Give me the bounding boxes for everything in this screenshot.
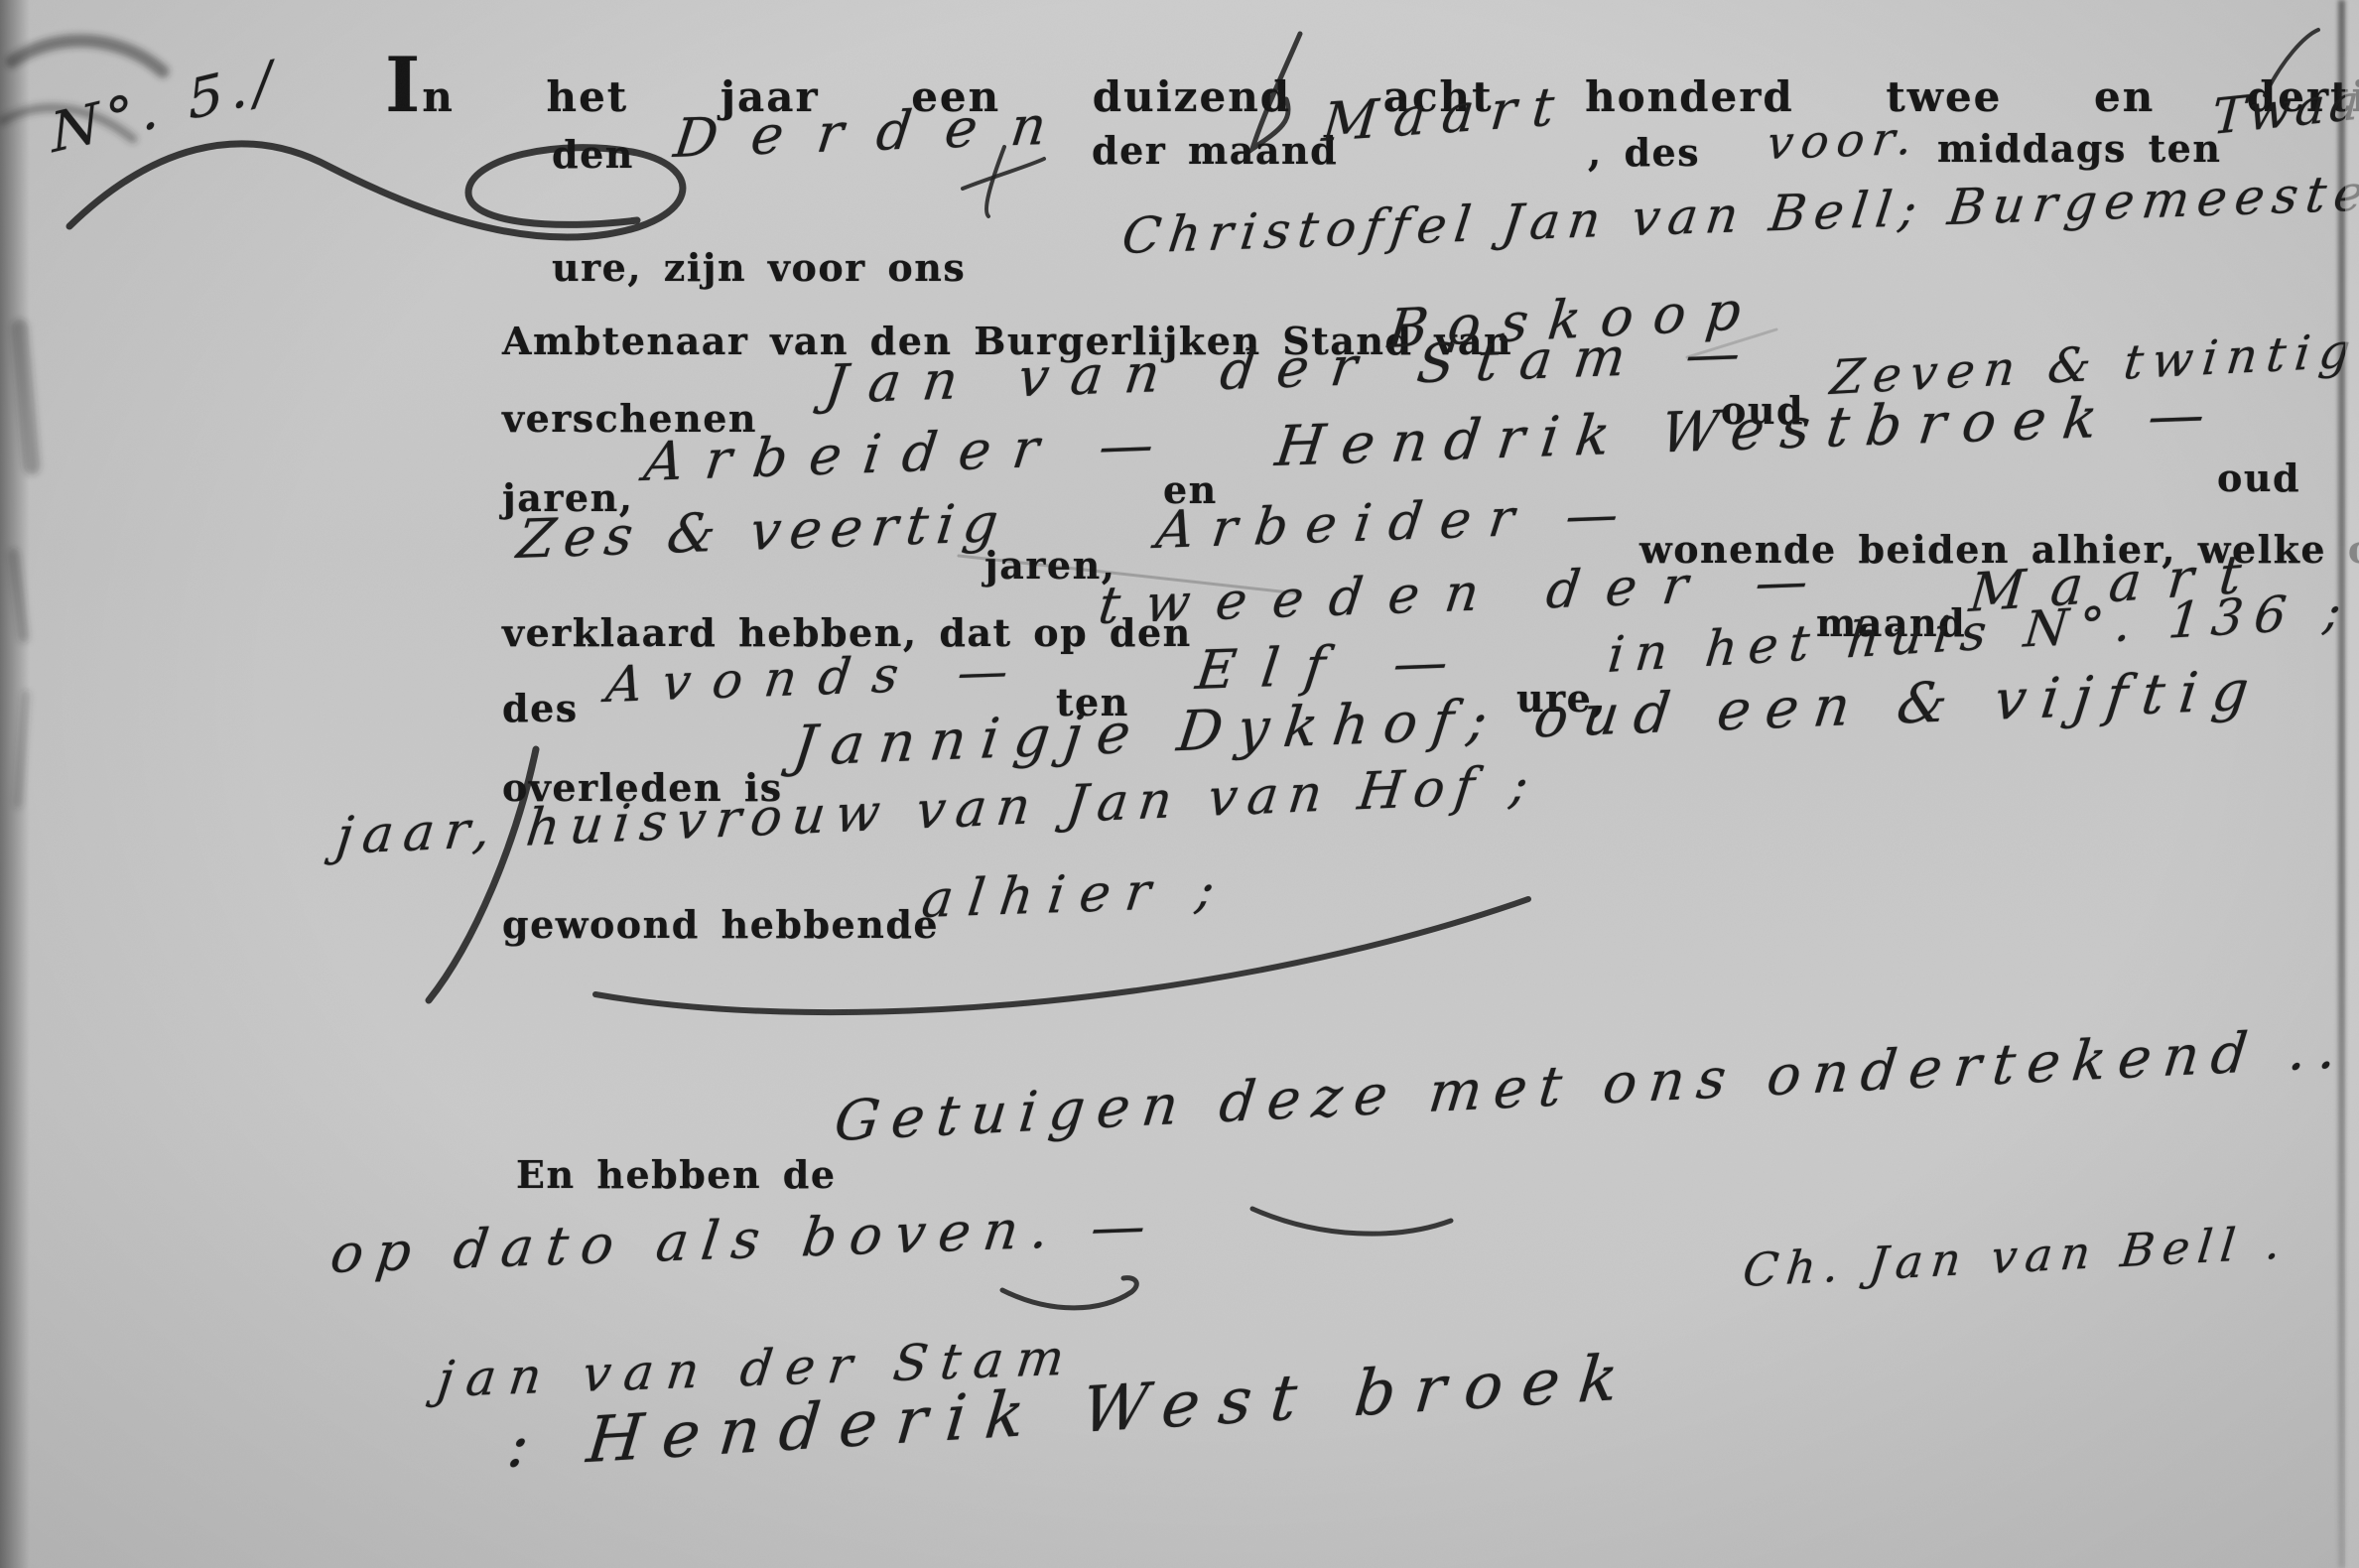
death-certificate-scan: N°. 5./ In het jaar een duizend acht hon… — [0, 0, 2359, 1568]
scan-vignette — [0, 0, 2359, 1568]
